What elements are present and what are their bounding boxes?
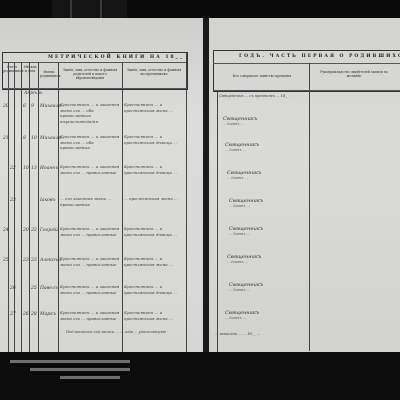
- col-baptized-by: Кто совершалъ таинство крещенія: [217, 74, 307, 78]
- col-birth-count: Счетъ родившихся: [3, 65, 21, 73]
- priest-signature: Священникъ... Іоаннъ ...: [225, 310, 259, 320]
- priest-signature: Священникъ... Іоаннъ ...: [227, 254, 261, 264]
- scan-background: МЕТРИЧЕСКОЙ КНИГИ НА 18__ Счетъ родивших…: [0, 0, 400, 400]
- priest-signature: Священникъ... Іоаннъ ...: [225, 142, 259, 152]
- col-godparents: Званіе, имя, отчество и фамилія воспріем…: [124, 68, 184, 76]
- left-page: МЕТРИЧЕСКОЙ КНИГИ НА 18__ Счетъ родивших…: [0, 18, 207, 354]
- priest-signature: Священникъ... Іоаннъ ...: [227, 170, 261, 180]
- right-banner: ГОДЪ. ЧАСТЬ ПЕРВАЯ О РОДИВШИХСЯ: [239, 54, 400, 59]
- priest-signature: Священникъ... Іоаннъ ...: [229, 226, 263, 236]
- scanner-bed: [0, 352, 400, 400]
- col-witness-signatures: Рукоприкладство свидѣтелей записи по жел…: [314, 70, 394, 78]
- col-parents: Званіе, имя, отчество и фамилія родителе…: [60, 68, 120, 81]
- col-names: Имена родившихся: [40, 70, 58, 78]
- right-top-note: Священникъ ... съ причтомъ ... 18__: [219, 94, 289, 98]
- priest-signature: Священникъ... Іоаннъ ...: [223, 116, 257, 126]
- left-footnote: Подлинность сей записи ... ... года ... …: [66, 330, 166, 334]
- right-footnote: ... записано ... ... 18__ ...: [215, 332, 260, 336]
- left-banner: МЕТРИЧЕСКОЙ КНИГИ НА 18__: [48, 55, 184, 60]
- col-month-day: Мѣсяцъ и день: [22, 65, 38, 73]
- priest-signature: Священникъ... Іоаннъ ...: [229, 282, 263, 292]
- right-page: ГОДЪ. ЧАСТЬ ПЕРВАЯ О РОДИВШИХСЯ Кто сове…: [209, 18, 400, 352]
- priest-signature: Священникъ... Іоаннъ ...: [229, 198, 263, 208]
- month-heading: Апрѣль: [24, 91, 42, 96]
